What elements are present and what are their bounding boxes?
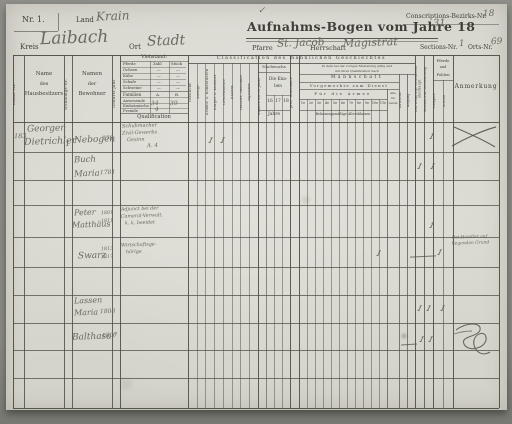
- year-col-17: 17: [274, 100, 282, 104]
- viehstand-row-label: Schafe: [123, 80, 136, 84]
- grid-line: [13, 237, 499, 238]
- grid-line: [72, 55, 73, 408]
- armee-class-6: 6e: [339, 102, 347, 105]
- herrschaft-value: Magistrat: [343, 36, 398, 49]
- class-col-geistliche: Geistliche: [189, 64, 197, 120]
- viehstand-value: —: [176, 74, 180, 78]
- entry-r5-name-1: Lassen: [74, 297, 102, 306]
- pferde-box-1: Pferde: [433, 59, 453, 63]
- col-owner-2: des: [24, 82, 64, 87]
- viehstand-col-zahl: Zahl: [153, 62, 162, 66]
- armee-class-2: 2e: [307, 102, 315, 105]
- alle-im-lande-2: im: [387, 97, 399, 100]
- year-col-16: 16: [266, 100, 274, 104]
- grid-line: [399, 74, 400, 408]
- viehstand-value: —: [176, 68, 180, 72]
- grid-line: [266, 95, 290, 96]
- pferde-box-3: Fohlen: [433, 73, 453, 77]
- alle-im-lande-3: Lande: [387, 102, 399, 105]
- orts-label: Orts-Nr.: [468, 45, 493, 51]
- grid-line: [13, 205, 499, 206]
- grid-line: [13, 122, 499, 123]
- kreis-value: Laibach: [40, 29, 109, 48]
- entry-owner-first: Georgen: [27, 124, 66, 134]
- viehstand-value: —: [157, 74, 161, 78]
- grid-line: [339, 99, 340, 408]
- bevoelkerung-col: Sämmtliche Bevölkerung: [424, 57, 433, 121]
- conscription-label: Conscriptions-Bezirks-Nr.: [406, 14, 487, 20]
- entry-r4-qual-2: hörige: [126, 251, 142, 256]
- armee-class-3: 3e: [315, 102, 323, 105]
- viehstand-value: —: [157, 80, 161, 84]
- nachwuchs-title: Nachwuchs: [258, 65, 290, 69]
- col-geburt: Geburts-Jahr: [112, 68, 120, 120]
- armee-class-5: 5e: [331, 102, 339, 105]
- grid-line: [331, 99, 332, 408]
- grid-line: [13, 323, 499, 324]
- entry-r5-jahr: 1808: [100, 309, 115, 316]
- entry-r5-name-2: Maria: [74, 309, 98, 318]
- land-value: Krain: [96, 9, 130, 22]
- grid-line: [433, 80, 453, 81]
- class-col-adelige: Adelige: [197, 64, 205, 120]
- armee-class-7: 7e: [347, 102, 355, 105]
- herrschaft-label: Herrschaft: [310, 45, 346, 52]
- grid-line: [443, 80, 444, 408]
- viehstand-row-label: Schweine: [123, 86, 142, 90]
- anmerkung-header: Anmerkung: [453, 84, 499, 90]
- fremde-value: 4: [155, 106, 159, 112]
- col-haus-nr: Haus-Nr.: [13, 68, 24, 120]
- check-mark: ✓: [258, 7, 266, 16]
- classification-title: Classification des männlichen Geschlecht…: [188, 57, 415, 62]
- alle-im-lande-1: Alle: [387, 92, 399, 95]
- class-col-bauern: Bauern: [231, 64, 239, 120]
- kreis-label: Kreis: [20, 44, 39, 51]
- grid-line: [355, 99, 356, 408]
- entry-r4-jahr-1: 1813: [101, 248, 113, 253]
- entry-r6-jahr: 1807: [102, 333, 117, 340]
- grid-line: [13, 350, 499, 351]
- year-col-18: 18: [282, 100, 290, 104]
- col-owner-1: Name: [24, 72, 64, 78]
- signature-flourish: [452, 318, 496, 360]
- viehstand-row-label: Kühe: [123, 74, 133, 78]
- grid-line: [274, 95, 275, 408]
- grid-line: [499, 55, 500, 408]
- weiblich-col: Das weibliche Geschlecht überhaupt: [415, 57, 424, 121]
- knaben-label-1: Die Kna-: [266, 77, 290, 81]
- pferde-box-2: und: [433, 66, 453, 69]
- col-wohnung: Wohnungs-Nr.: [64, 68, 72, 120]
- sheet-number: Nr. 1.: [22, 16, 45, 24]
- orts-value: 69: [491, 38, 503, 47]
- abgang-col: Abgang: [407, 80, 415, 120]
- scanned-census-form: { "page": { "nr": "Nr. 1.", "land_label"…: [0, 0, 512, 424]
- viehstand-row-label: Pferde: [123, 62, 136, 66]
- hengste-col: Hengste: [433, 82, 443, 120]
- grid-line: [13, 152, 499, 153]
- jahre-label: Jahre: [258, 113, 290, 117]
- viehstand-value: —: [176, 86, 180, 90]
- entry-r3-jahr-1: 1801: [101, 212, 113, 217]
- beurlaubte-col: prov. Beurlaubte: [290, 64, 299, 120]
- class-col-buerger: Bürger u. Künstler: [214, 64, 222, 120]
- grid-line: [299, 55, 300, 408]
- zuwachs-col: Zuwachs: [399, 80, 407, 120]
- grid-line: [363, 99, 364, 408]
- grid-line: [299, 99, 387, 100]
- entry-r3-jahr-2: 1811: [101, 220, 113, 225]
- armee-heading: Für die Armee: [299, 92, 387, 96]
- grid-line: [13, 378, 499, 379]
- grid-line: [407, 74, 408, 408]
- entry-r1-jahr: 778: [102, 136, 114, 142]
- entry-wohnung: 1: [65, 140, 70, 148]
- entry-r1-qual-4: A. 4: [147, 144, 158, 150]
- grid-line: [387, 89, 388, 408]
- einheimische-label: Einheimische: [123, 104, 149, 108]
- grid-line: [371, 99, 372, 408]
- qualification-label: Qualification: [120, 115, 188, 120]
- grid-line: [323, 99, 324, 408]
- form-title-year: 31: [433, 19, 446, 29]
- entry-r2-name-1: Buch: [74, 156, 96, 165]
- familien-col-a: A.: [156, 93, 160, 97]
- sections-value: 1: [459, 40, 465, 49]
- pfarre-label: Pfarre: [252, 45, 273, 52]
- class-col-gewerbsleute: Gewerbsleute: [223, 64, 231, 120]
- anwesende-label: Anwesende: [123, 99, 145, 103]
- familien-col-b: B.: [175, 93, 179, 97]
- vorgemerkte-heading: Vorgemerkte zum Dienst: [299, 84, 399, 88]
- entry-r1-qual-3: Gesinn: [127, 138, 145, 144]
- armee-class-1: 1e: [299, 102, 307, 105]
- grid-line: [13, 408, 499, 409]
- viehstand-value: —: [157, 86, 161, 90]
- musterung-heading-2: mit ihrer Qualification nach: [300, 70, 414, 73]
- col-owner-3: Hausbesitzers: [24, 92, 64, 97]
- class-col-beamte: Beamte u. Honoratioren: [206, 64, 214, 120]
- grid-line: [299, 89, 399, 90]
- armee-class-9: 9e: [363, 102, 371, 105]
- armee-class-10: 10e: [371, 102, 379, 105]
- land-label: Land: [76, 17, 94, 24]
- ort-value: Stadt: [147, 33, 186, 48]
- grid-line: [347, 99, 348, 408]
- viehstand-row-label: Ochsen: [123, 68, 137, 72]
- stuten-col: Stuten: [443, 82, 453, 120]
- viehstand-col-stueck: Stück: [171, 62, 182, 66]
- entry-r2-name-2: Maria: [74, 170, 100, 179]
- ort-label: Ort: [129, 44, 141, 51]
- armee-class-8: 8e: [355, 102, 363, 105]
- entry-r3-name-1: Peter: [74, 209, 96, 218]
- viehstand-value: —: [157, 68, 161, 72]
- class-col-haeusler: Häusler, Inwohner: [240, 64, 248, 120]
- armee-class-4: 4e: [323, 102, 331, 105]
- grid-line: [13, 267, 499, 268]
- fremde-label: Fremde: [123, 109, 138, 113]
- grid-line: [13, 180, 499, 181]
- col-bewohner-3: Bewohner: [72, 92, 112, 97]
- class-col-tagloehner: Taglöhner: [248, 64, 256, 120]
- grid-line: [24, 55, 25, 408]
- col-bewohner-1: Namen: [72, 72, 112, 78]
- entry-r2-jahr: 1781: [100, 170, 115, 177]
- entry-r4-jahr-2: 1817: [101, 256, 113, 261]
- viehstand-value: —: [176, 80, 180, 84]
- familien-label: Familien: [123, 93, 141, 97]
- grid-line: [282, 95, 283, 408]
- grid-line: [315, 99, 316, 408]
- armee-class-11: 11e: [379, 102, 387, 105]
- einheimische-value-b: 39: [170, 101, 178, 107]
- altersklassen-footer: Belassungsmäßige Altersklassen: [299, 113, 387, 116]
- cross-out-mark: [450, 124, 498, 150]
- grid-line: [299, 110, 387, 111]
- grid-line: [307, 99, 308, 408]
- col-bewohner-2: der: [72, 82, 112, 87]
- musterung-heading-1: In dem bei der vorigen Musterung giltig …: [300, 65, 414, 68]
- knaben-label-2: ben: [266, 84, 290, 88]
- sections-label: Sections-Nr.: [420, 45, 457, 51]
- conscription-value: 18: [483, 10, 495, 19]
- mannschaft-heading: Mannschaft: [299, 76, 415, 80]
